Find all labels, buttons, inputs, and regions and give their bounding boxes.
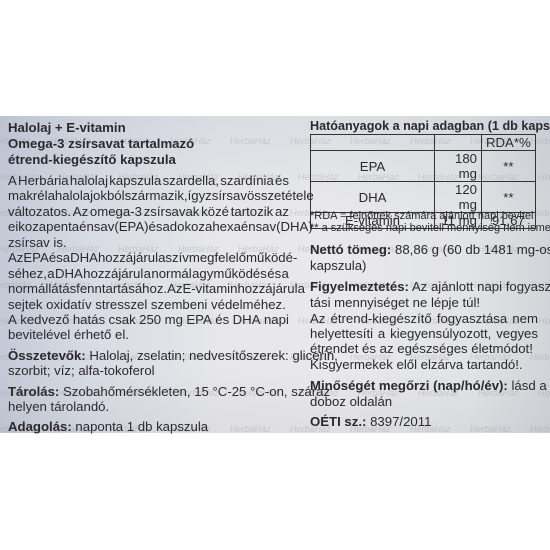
watermark-text: HerbaHáz (538, 316, 550, 326)
oeti-line: OÉTI sz.: 8397/2011 (310, 414, 538, 429)
description-line: AHerbáriahalolajkapszulaszardella,szardí… (8, 173, 289, 188)
warning-line: étrendet és az egészséges életmódot! (310, 341, 538, 356)
watermark-text: HerbaHáz (538, 172, 550, 182)
description-line: sejtek oxidatív stresszel szembeni védel… (8, 297, 289, 312)
warning-line: Kisgyermekek elől elzárva tartandó!. (310, 357, 538, 372)
ingredients-line: szorbit; víz; alfa-tokoferol (8, 363, 289, 378)
best-before-label: Minőségét megőrzi (nap/hó/év): (310, 378, 508, 393)
description-line: változatos.Azomega-3zsírsavakközétartozi… (8, 204, 289, 219)
table-row: EPA 180 mg ** (311, 151, 536, 182)
warning-line: Figyelmeztetés: Az ajánlott napi fogyasz… (310, 279, 538, 294)
oeti-label: OÉTI sz.: (310, 414, 366, 429)
net-weight-label: Nettó tömeg: (310, 242, 391, 257)
warning-label: Figyelmeztetés: (310, 279, 409, 294)
best-before-line: Minőségét megőrzi (nap/hó/év): lásd a (310, 378, 538, 393)
best-before-line: doboz oldalán (310, 394, 538, 409)
description-line: séhez,aDHAhozzájárulanormálagyműködésésa (8, 266, 289, 281)
dosage-label: Adagolás: (8, 419, 72, 434)
warning-line: helyettesítiakiegyensúlyozott,vegyes (310, 326, 538, 341)
table-row: DHA 120 mg ** (311, 182, 536, 213)
description-line: bevitelével érhető el. (8, 327, 289, 342)
warning-line: tási mennyiséget ne lépje túl! (310, 295, 538, 310)
storage-line: helyen tárolandó. (8, 399, 289, 414)
warning-line: Azétrend-kiegészítőfogyasztásanem (310, 311, 538, 326)
description-line: AzEPAésaDHAhozzájárulaszívmegfelelőműköd… (8, 250, 289, 265)
active-ingredients-heading: Hatóanyagok a napi adagban (1 db kapszul… (310, 119, 538, 134)
net-weight-line: Nettó tömeg: 88,86 g (60 db 1481 mg-os (310, 242, 538, 257)
product-subtitle: étrend-kiegészítő kapszula (8, 152, 289, 167)
net-weight-line: kapszula) (310, 258, 538, 273)
description-line: normállátásfenntartásához.AzE-vitaminhoz… (8, 281, 289, 296)
storage-line: Tárolás: Szobahőmérsékleten, 15 °C-25 °C… (8, 384, 289, 399)
ingredients-line: Összetevők: Halolaj, zselatin; nedvesítő… (8, 348, 289, 363)
product-subtitle: Omega-3 zsírsavat tartalmazó (8, 136, 289, 151)
rda-footnote: ** a szükséges napi beviteli mennyiség n… (310, 222, 538, 234)
table-header-row: RDA*% (311, 135, 536, 151)
description-line: eikozapentaénsav(EPA)ésadokozahexaénsav(… (8, 219, 289, 234)
rda-footnote: *RDA = felnőttek számára ajánlott napi b… (310, 210, 538, 222)
description-line: Akedvezőhatáscsak250mgEPAésDHAnapi (8, 312, 289, 327)
description-line: zsírsav is. (8, 235, 289, 250)
storage-label: Tárolás: (8, 384, 59, 399)
product-title: Halolaj + E-vitamin (8, 120, 289, 135)
dosage-line: Adagolás: naponta 1 db kapszula (8, 419, 289, 434)
ingredients-label: Összetevők: (8, 348, 86, 363)
rda-header: RDA*% (482, 135, 536, 151)
description-line: makrélahalolajokbólszármazik,ígyzsírsavö… (8, 188, 289, 203)
